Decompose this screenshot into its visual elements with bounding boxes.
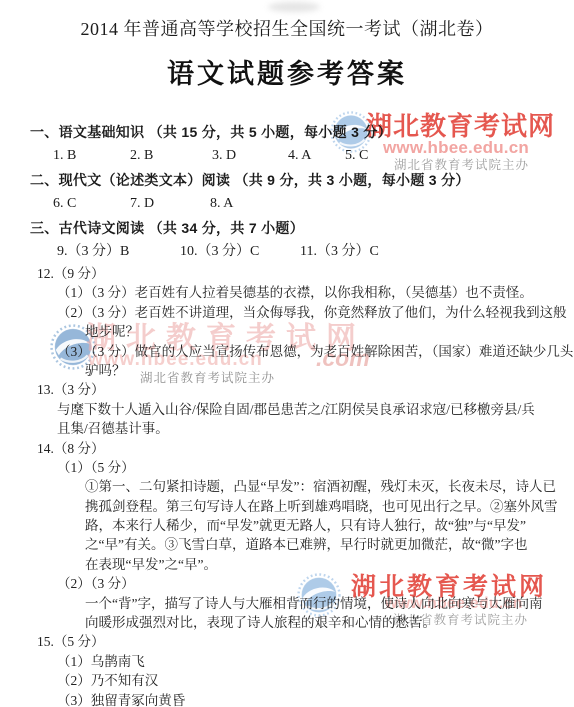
answer-item: 8. A xyxy=(210,192,233,216)
section-2-heading: 二、现代文（论述类文本）阅读 （共 9 分，共 3 小题，每小题 3 分） xyxy=(30,168,574,192)
answer-15-1: （1）乌鹊南飞 xyxy=(57,652,574,671)
answer-item: 6. C xyxy=(53,192,130,216)
answers-9-11: 9.（3 分）B10.（3 分）C11.（3 分）C xyxy=(57,240,574,264)
answer-item: 4. A xyxy=(288,144,345,168)
question-12: 12.（9 分） xyxy=(37,264,574,283)
page-title: 语文试题参考答案 xyxy=(0,55,574,93)
answer-13-line1: 与麾下数十人遁入山谷/保险自固/郡邑患苦之/江阴侯吴良承诏求寇/已移檄旁县/兵 xyxy=(57,400,574,419)
answer-14-1-line4: 之“早”有关。③飞雪白草，道路本已难辨，早行时就更加微茫，故“微”字也 xyxy=(85,535,574,554)
answer-13-line2: 且集/召德基计事。 xyxy=(57,419,574,438)
exam-header: 2014 年普通高等学校招生全国统一考试（湖北卷） xyxy=(0,17,574,42)
answer-12-3-cont: 驴吗？ xyxy=(85,361,574,380)
answer-item: 3. D xyxy=(212,144,288,168)
answer-item: 9.（3 分）B xyxy=(57,240,180,264)
section-3-heading: 三、古代诗文阅读 （共 34 分，共 7 小题） xyxy=(30,216,574,240)
answer-item: 11.（3 分）C xyxy=(300,240,379,264)
answer-item: 7. D xyxy=(130,192,210,216)
scan-artifact xyxy=(268,2,320,12)
answer-item: 1. B xyxy=(53,144,130,168)
answer-14-2-line1: 一个“背”字，描写了诗人与大雁相背而行的情境，使诗人向北向寒与大雁向南 xyxy=(85,594,574,613)
question-15: 15.（5 分） xyxy=(37,632,574,651)
answer-14-1-line2: 携孤剑登程。第三句写诗人在路上听到雄鸡唱晓，也可见出行之早。②塞外风雪 xyxy=(85,497,574,516)
answer-12-2-cont: 地步呢？ xyxy=(85,322,574,341)
answer-item: 10.（3 分）C xyxy=(180,240,300,264)
answer-15-3: （3）独留青冢向黄昏 xyxy=(57,691,574,707)
answers-1-5: 1. B2. B3. D4. A5. C xyxy=(53,144,574,168)
question-13: 13.（3 分） xyxy=(37,380,574,399)
answer-12-3: （3）（3 分）做官的人应当宣扬传布恩德，为老百姓解除困苦，（国家）难道还缺少几… xyxy=(57,342,574,361)
answer-14-2-label: （2）（3 分） xyxy=(57,574,574,593)
answer-15-2: （2）乃不知有汉 xyxy=(57,671,574,690)
answer-12-1: （1）（3 分）老百姓有人拉着吴德基的衣襟，以你我相称，（吴德基）也不责怪。 xyxy=(57,283,574,302)
answer-14-1-line5: 在表现“早发”之“早”。 xyxy=(85,555,574,574)
answer-key-page: 2014 年普通高等学校招生全国统一考试（湖北卷） 语文试题参考答案 湖北教育考… xyxy=(0,0,574,707)
answers-6-8: 6. C7. D8. A xyxy=(53,192,574,216)
section-1-heading: 一、语文基础知识 （共 15 分，共 5 小题，每小题 3 分） xyxy=(30,120,574,144)
answer-item: 2. B xyxy=(130,144,212,168)
question-14: 14.（8 分） xyxy=(37,439,574,458)
answer-14-1-line3: 路，本来行人稀少，而“早发”就更无路人，只有诗人独行，故“独”与“早发” xyxy=(85,516,574,535)
answer-14-1-line1: ①第一、二句紧扣诗题，凸显“早发”：宿酒初醒，残灯未灭，长夜未尽，诗人已 xyxy=(85,477,574,496)
answer-14-1-label: （1）（5 分） xyxy=(57,458,574,477)
answer-item: 5. C xyxy=(345,144,368,168)
answer-12-2: （2）（3 分）老百姓不讲道理，当众侮辱我，你竟然释放了他们，为什么轻视我到这般 xyxy=(57,303,574,322)
document-body: 一、语文基础知识 （共 15 分，共 5 小题，每小题 3 分）1. B2. B… xyxy=(0,120,574,707)
answer-14-2-line2: 向暖形成强烈对比，表现了诗人旅程的艰辛和心情的愁苦。 xyxy=(85,613,574,632)
